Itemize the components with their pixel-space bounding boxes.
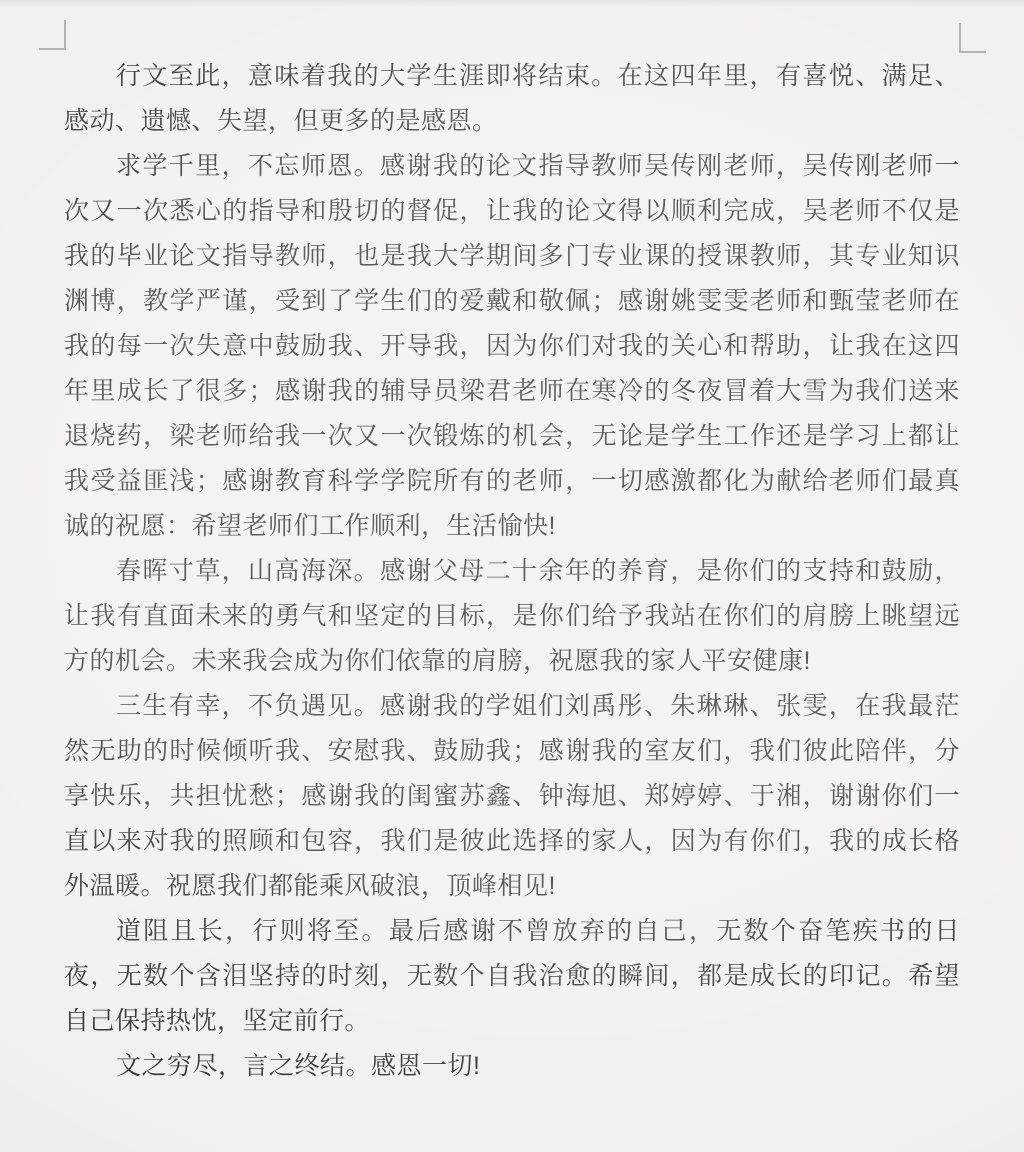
text-line: 外温暖。祝愿我们都能乘风破浪，顶峰相见!: [64, 864, 960, 909]
text-line: 然无助的时候倾听我、安慰我、鼓励我；感谢我的室友们，我们彼此陪伴，分: [64, 729, 960, 774]
text-line: 春晖寸草，山高海深。感谢父母二十余年的养育，是你们的支持和鼓励，: [64, 549, 960, 594]
text-line: 自己保持热忱，坚定前行。: [64, 999, 960, 1044]
text-line: 我受益匪浅；感谢教育科学学院所有的老师，一切感激都化为献给老师们最真: [64, 459, 960, 504]
text-line: 直以来对我的照顾和包容，我们是彼此选择的家人，因为有你们，我的成长格: [64, 819, 960, 864]
text-line: 次又一次悉心的指导和殷切的督促，让我的论文得以顺利完成，吴老师不仅是: [64, 189, 960, 234]
text-line: 夜，无数个含泪坚持的时刻，无数个自我治愈的瞬间，都是成长的印记。希望: [64, 954, 960, 999]
text-line: 感动、遗憾、失望，但更多的是感恩。: [64, 99, 960, 144]
text-line: 享快乐，共担忧愁；感谢我的闺蜜苏鑫、钟海旭、郑婷婷、于湘，谢谢你们一: [64, 774, 960, 819]
screenshot-viewport: 行文至此，意味着我的大学生涯即将结束。在这四年里，有喜悦、满足、感动、遗憾、失望…: [0, 0, 1024, 1152]
text-line: 道阻且长，行则将至。最后感谢不曾放弃的自己，无数个奋笔疾书的日: [64, 909, 960, 954]
text-line: 年里成长了很多；感谢我的辅导员梁君老师在寒冷的冬夜冒着大雪为我们送来: [64, 369, 960, 414]
text-line: 求学千里，不忘师恩。感谢我的论文指导教师吴传刚老师，吴传刚老师一: [64, 144, 960, 189]
text-boundary-mark-top-left-icon: [39, 20, 66, 50]
text-boundary-mark-top-right-icon: [959, 23, 986, 53]
text-line: 我的每一次失意中鼓励我、开导我，因为你们对我的关心和帮助，让我在这四: [64, 324, 960, 369]
text-line: 方的机会。未来我会成为你们依靠的肩膀，祝愿我的家人平安健康!: [64, 639, 960, 684]
text-line: 让我有直面未来的勇气和坚定的目标，是你们给予我站在你们的肩膀上眺望远: [64, 594, 960, 639]
text-line: 行文至此，意味着我的大学生涯即将结束。在这四年里，有喜悦、满足、: [64, 54, 960, 99]
document-page: 行文至此，意味着我的大学生涯即将结束。在这四年里，有喜悦、满足、感动、遗憾、失望…: [0, 0, 1024, 1152]
text-line: 诚的祝愿：希望老师们工作顺利，生活愉快!: [64, 504, 960, 549]
text-line: 我的毕业论文指导教师，也是我大学期间多门专业课的授课教师，其专业知识: [64, 234, 960, 279]
text-line: 退烧药，梁老师给我一次又一次锻炼的机会，无论是学生工作还是学习上都让: [64, 414, 960, 459]
text-line: 文之穷尽，言之终结。感恩一切!: [64, 1044, 960, 1089]
acknowledgement-text: 行文至此，意味着我的大学生涯即将结束。在这四年里，有喜悦、满足、感动、遗憾、失望…: [64, 54, 960, 1089]
text-line: 渊博，教学严谨，受到了学生们的爱戴和敬佩；感谢姚雯雯老师和甄莹老师在: [64, 279, 960, 324]
text-line: 三生有幸，不负遇见。感谢我的学姐们刘禹彤、朱琳琳、张雯，在我最茫: [64, 684, 960, 729]
